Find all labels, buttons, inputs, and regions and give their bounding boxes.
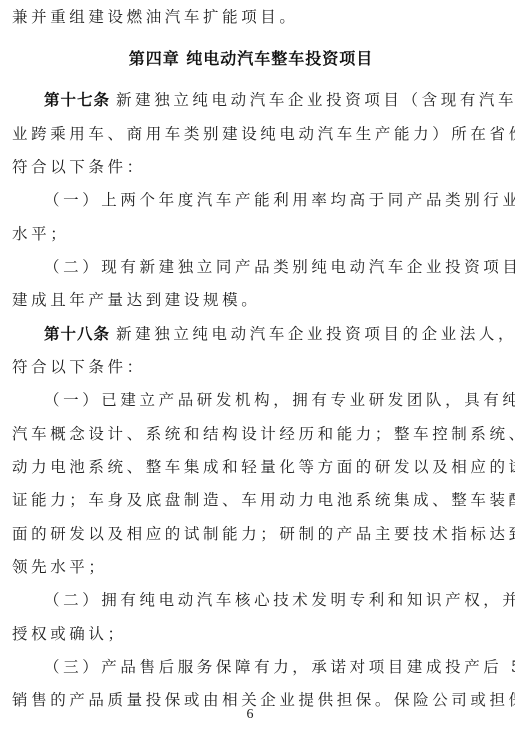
text-line: 符合以下条件： bbox=[12, 155, 490, 179]
text-line: （一）已建立产品研发机构，拥有专业研发团队，具有纯电动 bbox=[12, 388, 490, 412]
article-18-line: 第十八条新建独立纯电动汽车企业投资项目的企业法人，应 bbox=[12, 322, 490, 346]
article-17-line: 第十七条新建独立纯电动汽车企业投资项目（含现有汽车企 bbox=[12, 88, 490, 112]
text-line: 动力电池系统、整车集成和轻量化等方面的研发以及相应的试验验 bbox=[12, 455, 490, 479]
text-line: 授权或确认； bbox=[12, 622, 490, 646]
page-number: 6 bbox=[0, 707, 500, 723]
text-line: （二）现有新建独立同产品类别纯电动汽车企业投资项目均已 bbox=[12, 255, 490, 279]
chapter-number: 第四章 bbox=[129, 49, 180, 68]
text-line: 汽车概念设计、系统和结构设计经历和能力；整车控制系统、车用 bbox=[12, 422, 490, 446]
text-fragment: 新建独立纯电动汽车企业投资项目（含现有汽车企 bbox=[116, 91, 515, 109]
chapter-title: 纯电动汽车整车投资项目 bbox=[186, 49, 373, 68]
article-17-label: 第十七条 bbox=[44, 91, 110, 109]
text-line: 业跨乘用车、商用车类别建设纯电动汽车生产能力）所在省份，应 bbox=[12, 122, 490, 146]
text-line: （一）上两个年度汽车产能利用率均高于同产品类别行业平均 bbox=[12, 188, 490, 212]
text-line: 领先水平； bbox=[12, 555, 490, 579]
text-line: 水平； bbox=[12, 222, 490, 246]
chapter-heading: 第四章 纯电动汽车整车投资项目 bbox=[12, 47, 490, 71]
article-18-label: 第十八条 bbox=[44, 325, 110, 343]
text-line: （三）产品售后服务保障有力，承诺对项目建成投产后 5 年内 bbox=[12, 655, 490, 679]
text-line: 建成且年产量达到建设规模。 bbox=[12, 288, 490, 312]
text-line: 面的研发以及相应的试制能力；研制的产品主要技术指标达到行业 bbox=[12, 522, 490, 546]
text-line: 证能力；车身及底盘制造、车用动力电池系统集成、整车装配等方 bbox=[12, 488, 490, 512]
text-line: 兼并重组建设燃油汽车扩能项目。 bbox=[12, 5, 490, 29]
text-line: （二）拥有纯电动汽车核心技术发明专利和知识产权，并得到 bbox=[12, 588, 490, 612]
text-fragment: 新建独立纯电动汽车企业投资项目的企业法人，应 bbox=[116, 325, 515, 343]
text-line: 符合以下条件： bbox=[12, 355, 490, 379]
